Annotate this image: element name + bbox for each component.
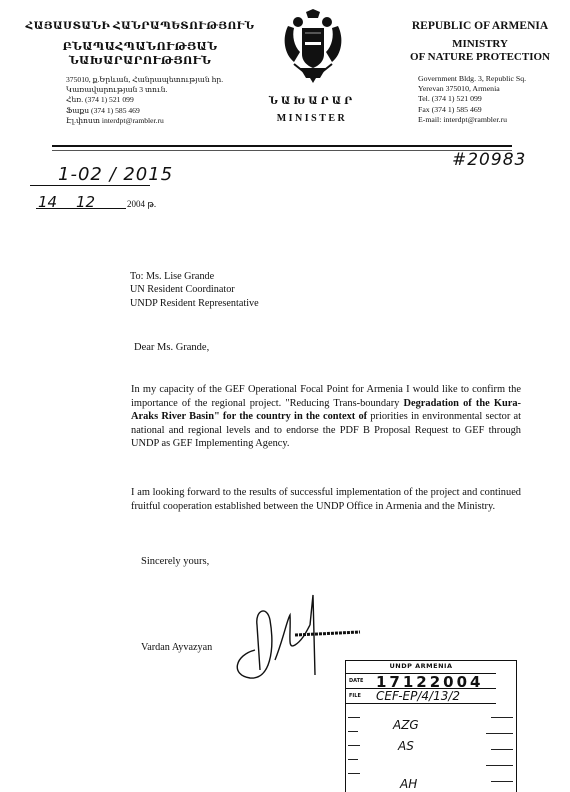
body-paragraph-1: In my capacity of the GEF Operational Fo… (131, 383, 521, 451)
addressee-line: UN Resident Coordinator (130, 283, 259, 296)
letterhead-armenian-ministry-line1: ԲՆԱՊԱՀՊԱՆՈՒԹՅԱՆ (20, 40, 260, 53)
address-line: Fax (374 1) 585 469 (418, 105, 526, 115)
stamp-file-value: CEF-EP/4/13/2 (376, 689, 460, 703)
header-divider-thin (52, 150, 512, 151)
address-line: E-mail: interdpt@rambler.ru (418, 115, 526, 125)
received-stamp: UNDP ARMENIA DATE FILE 17122004 (345, 660, 517, 792)
letterhead-english-ministry-line2: OF NATURE PROTECTION (395, 51, 565, 63)
addressee-block: To: Ms. Lise Grande UN Resident Coordina… (130, 270, 259, 310)
header-divider (52, 145, 512, 147)
stamp-tick (486, 733, 513, 734)
stamp-initial: AH (400, 777, 417, 791)
stamp-file-label: FILE (349, 693, 361, 699)
registration-number: 1-02 / 2015 (58, 164, 173, 185)
letterhead-english-title: REPUBLIC OF ARMENIA (395, 20, 565, 32)
letterhead-armenian-address: 375010, ք.Երևան, Հանրապետության հր. Կառա… (66, 75, 223, 126)
letterhead-english-address: Government Bldg. 3, Republic Sq. Yerevan… (418, 74, 526, 125)
coat-of-arms-icon (280, 8, 346, 84)
addressee-line: UNDP Resident Representative (130, 297, 259, 310)
stamp-tick (491, 749, 513, 750)
stamp-initial: AZG (393, 718, 419, 732)
address-line: Էլ.փոստ interdpt@rambler.ru (66, 116, 223, 126)
registration-underline (30, 185, 150, 186)
stamp-title: UNDP ARMENIA (346, 662, 496, 670)
address-line: Ֆաքս (374 1) 585 469 (66, 106, 223, 116)
stamp-initial: AS (398, 739, 414, 753)
address-line: 375010, ք.Երևան, Հանրապետության հր. (66, 75, 223, 85)
stamp-date-label: DATE (349, 678, 363, 684)
closing: Sincerely yours, (141, 556, 209, 567)
address-line: Կառավարության 3 տուն. (66, 85, 223, 95)
stamp-tick (486, 765, 513, 766)
signature-icon (225, 590, 365, 685)
stamp-tick (348, 731, 358, 732)
signer-name: Vardan Ayvazyan (141, 642, 212, 653)
stamp-tick (491, 781, 513, 782)
stamp-tick (348, 717, 360, 718)
address-line: Yerevan 375010, Armenia (418, 84, 526, 94)
reference-number: #20983 (452, 150, 526, 170)
minister-title-armenian: ՆԱԽԱՐԱՐ (262, 96, 362, 107)
registration-date-year: 2004 թ. (127, 199, 156, 210)
letterhead-english-ministry-line1: MINISTRY (395, 38, 565, 50)
stamp-tick (348, 773, 360, 774)
stamp-tick (491, 717, 513, 718)
address-line: Հեռ. (374 1) 521 099 (66, 95, 223, 105)
address-line: Tel. (374 1) 521 099 (418, 94, 526, 104)
date-underline (36, 208, 126, 209)
salutation: Dear Ms. Grande, (134, 342, 209, 353)
stamp-tick (348, 759, 358, 760)
body-paragraph-2: I am looking forward to the results of s… (131, 486, 521, 513)
letterhead-armenian-title: ՀԱՅԱՍՏԱՆԻ ՀԱՆՐԱՊԵՏՈՒԹՅՈՒՆ (20, 20, 260, 32)
stamp-tick (348, 745, 360, 746)
letterhead-armenian-ministry-line2: ՆԱԽԱՐԱՐՈՒԹՅՈՒՆ (20, 54, 260, 67)
address-line: Government Bldg. 3, Republic Sq. (418, 74, 526, 84)
addressee-line: To: Ms. Lise Grande (130, 270, 259, 283)
minister-title-english: MINISTER (262, 113, 362, 124)
